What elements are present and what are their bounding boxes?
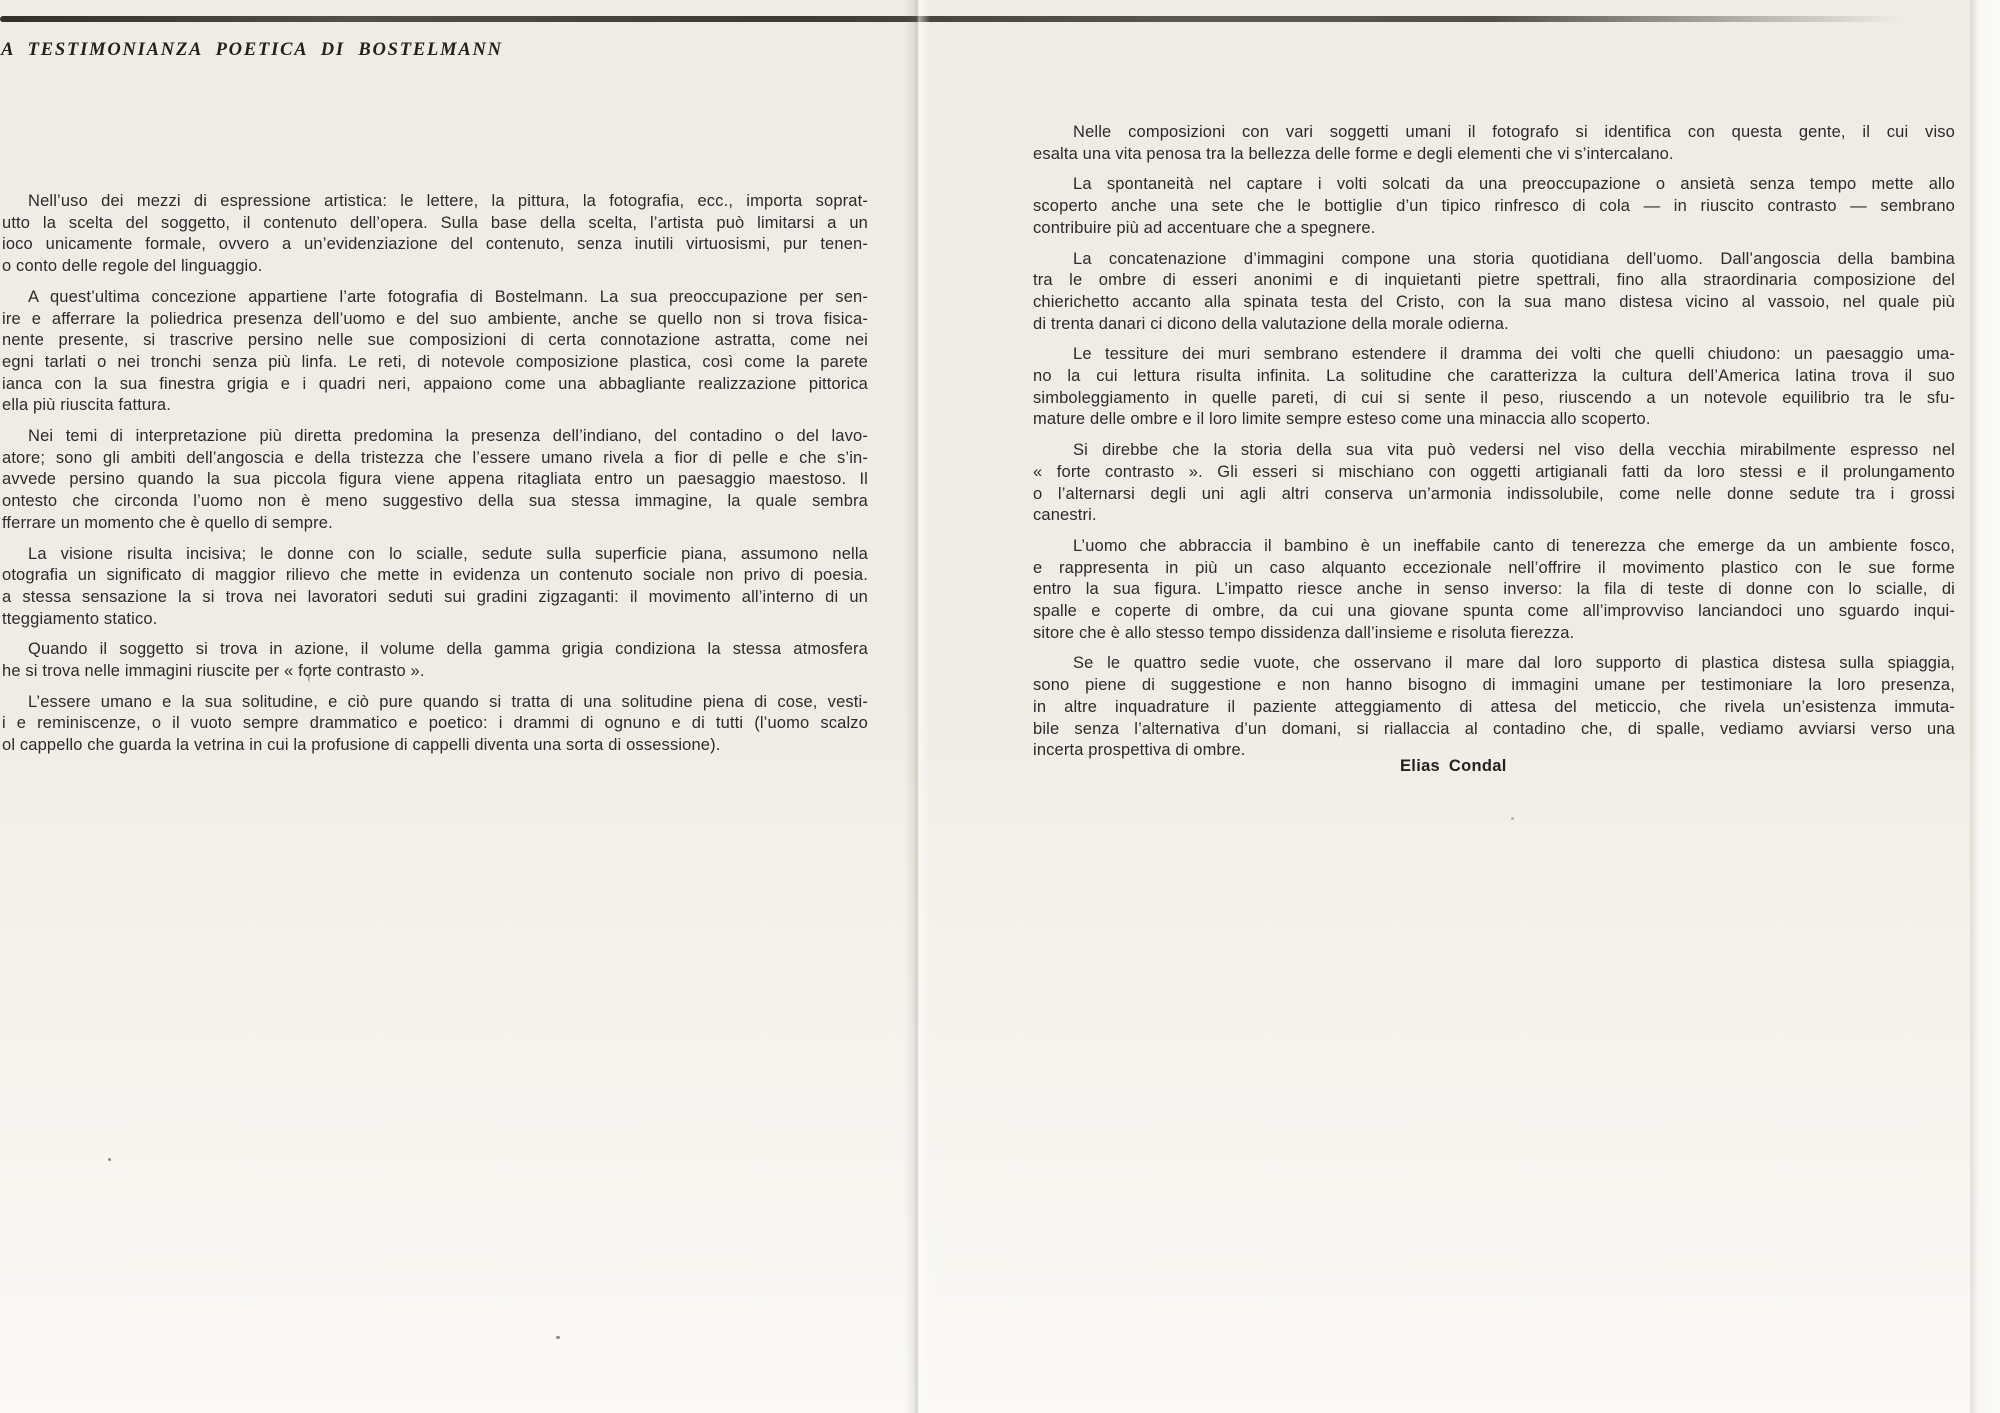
text-line: Nelle composizioni con vari soggetti uma… <box>1033 122 1955 144</box>
text-line: spalle e coperte di ombre, da cui una gi… <box>1033 601 1955 623</box>
text-line: canestri. <box>1033 505 1955 527</box>
paragraph: Quando il soggetto si trova in azione, i… <box>2 639 868 682</box>
right-page-text: Nelle composizioni con vari soggetti uma… <box>1033 122 1955 762</box>
text-line: L’essere umano e la sua solitudine, e ci… <box>2 692 868 714</box>
text-line: otografia un significato di maggior rili… <box>2 565 868 587</box>
scan-edge-line <box>0 16 1960 22</box>
text-line: contribuire più ad accentuare che a speg… <box>1033 218 1955 240</box>
text-line: no la cui lettura risulta infinita. La s… <box>1033 366 1955 388</box>
text-line: esalta una vita penosa tra la bellezza d… <box>1033 144 1955 166</box>
text-line: ire e afferrare la poliedrica presenza d… <box>2 309 868 331</box>
paragraph: L’essere umano e la sua solitudine, e ci… <box>2 692 868 757</box>
text-line: sono piene di suggestione e non hanno bi… <box>1033 675 1955 697</box>
text-line: atore; sono gli ambiti dell’angoscia e d… <box>2 448 868 470</box>
paragraph: La spontaneità nel captare i volti solca… <box>1033 174 1955 239</box>
paragraph: Si direbbe che la storia della sua vita … <box>1033 440 1955 527</box>
dust-speck <box>1511 817 1514 820</box>
text-line: ianca con la sua finestra grigia e i qua… <box>2 374 868 396</box>
text-line: La spontaneità nel captare i volti solca… <box>1033 174 1955 196</box>
text-line: chierichetto accanto alla spinata testa … <box>1033 292 1955 314</box>
paragraph: Se le quattro sedie vuote, che osservano… <box>1033 653 1955 762</box>
paragraph: A quest’ultima concezione appartiene l’a… <box>2 287 868 417</box>
paragraph: Nelle composizioni con vari soggetti uma… <box>1033 122 1955 165</box>
text-line: egni tarlati o nei tronchi senza più lin… <box>2 352 868 374</box>
paragraph: L’uomo che abbraccia il bambino è un ine… <box>1033 536 1955 645</box>
text-line: Si direbbe che la storia della sua vita … <box>1033 440 1955 462</box>
text-line: La visione risulta incisiva; le donne co… <box>2 544 868 566</box>
text-line: tteggiamento statico. <box>2 609 868 631</box>
text-line: ol cappello che guarda la vetrina in cui… <box>2 735 868 757</box>
text-line: i e reminiscenze, o il vuoto sempre dram… <box>2 713 868 735</box>
text-line: Le tessiture dei muri sembrano estendere… <box>1033 344 1955 366</box>
text-line: Nell’uso dei mezzi di espressione artist… <box>2 191 868 213</box>
text-line: di trenta danari ci dicono della valutaz… <box>1033 314 1955 336</box>
text-line: o l’alternarsi degli uni agli altri cons… <box>1033 484 1955 506</box>
text-line: nente presente, si trascrive persino nel… <box>2 330 868 352</box>
text-line: ontesto che circonda l’uomo non è meno s… <box>2 491 868 513</box>
text-line: scoperto anche una sete che le bottiglie… <box>1033 196 1955 218</box>
text-line: fferrare un momento che è quello di semp… <box>2 513 868 535</box>
page-title: LA TESTIMONIANZA POETICA DI BOSTELMANN <box>0 40 888 61</box>
text-line: utto la scelta del soggetto, il contenut… <box>2 213 868 235</box>
text-line: Quando il soggetto si trova in azione, i… <box>2 639 868 661</box>
text-line: ioco unicamente formale, ovvero a un’evi… <box>2 234 868 256</box>
text-line: avvede persino quando la sua piccola fig… <box>2 469 868 491</box>
author-signature: Elias Condal <box>1400 757 1507 776</box>
text-line: mature delle ombre e il loro limite semp… <box>1033 409 1955 431</box>
text-line: in altre inquadrature il paziente attegg… <box>1033 697 1955 719</box>
paragraph: Nell’uso dei mezzi di espressione artist… <box>2 191 868 278</box>
text-line: entro la sua figura. L’impatto riesce an… <box>1033 579 1955 601</box>
dust-speck <box>556 1336 560 1339</box>
text-line: L’uomo che abbraccia il bambino è un ine… <box>1033 536 1955 558</box>
paragraph: La concatenazione d’immagini compone una… <box>1033 249 1955 336</box>
text-line: Se le quattro sedie vuote, che osservano… <box>1033 653 1955 675</box>
paragraph: La visione risulta incisiva; le donne co… <box>2 544 868 631</box>
text-line: simboleggiamento in quelle pareti, di cu… <box>1033 388 1955 410</box>
text-line: sitore che è allo stesso tempo dissidenz… <box>1033 623 1955 645</box>
text-line: tra le ombre di esseri anonimi e di inqu… <box>1033 270 1955 292</box>
paragraph: Le tessiture dei muri sembrano estendere… <box>1033 344 1955 431</box>
dust-speck <box>108 1158 111 1161</box>
text-line: A quest’ultima concezione appartiene l’a… <box>2 287 868 309</box>
scanned-spread: LA TESTIMONIANZA POETICA DI BOSTELMANN N… <box>0 0 2000 1413</box>
text-line: « forte contrasto ». Gli esseri si misch… <box>1033 462 1955 484</box>
paper-right-edge <box>1970 0 2000 1413</box>
text-line: bile senza l’alternativa d’un domani, si… <box>1033 719 1955 741</box>
page-fold-line <box>904 0 930 1413</box>
text-line: e rappresenta in più un caso alquanto ec… <box>1033 558 1955 580</box>
text-line: Nei temi di interpretazione più diretta … <box>2 426 868 448</box>
text-line: La concatenazione d’immagini compone una… <box>1033 249 1955 271</box>
text-line: o conto delle regole del linguaggio. <box>2 256 868 278</box>
text-line: he si trova nelle immagini riuscite per … <box>2 661 868 683</box>
text-line: ella più riuscita fattura. <box>2 395 868 417</box>
left-page-text: Nell’uso dei mezzi di espressione artist… <box>2 191 868 757</box>
text-line: a stessa sensazione la si trova nei lavo… <box>2 587 868 609</box>
paragraph: Nei temi di interpretazione più diretta … <box>2 426 868 535</box>
